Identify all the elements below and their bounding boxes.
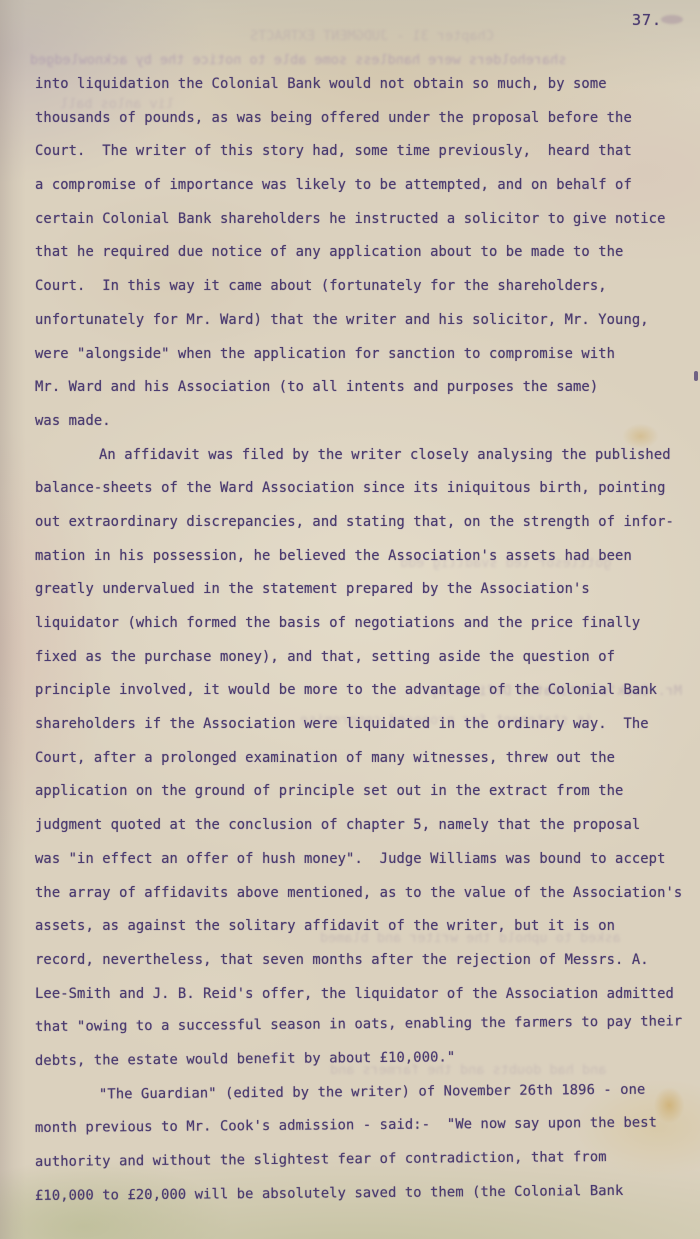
text-line: greatly undervalued in the statement pre…	[35, 573, 700, 607]
text-line: certain Colonial Bank shareholders he in…	[35, 203, 700, 237]
text-line: judgment quoted at the conclusion of cha…	[35, 809, 700, 843]
text-line: were "alongside" when the application fo…	[35, 338, 700, 372]
text-line: liquidator (which formed the basis of ne…	[35, 607, 700, 641]
bleed-through-text: shareholders were handless some able to …	[30, 52, 566, 68]
text-line: Court. The writer of this story had, som…	[35, 135, 700, 169]
text-line: unfortunately for Mr. Ward) that the wri…	[35, 304, 700, 338]
text-line: thousands of pounds, as was being offere…	[35, 102, 700, 136]
text-line: £10,000 to £20,000 will be absolutely sa…	[35, 1174, 700, 1213]
text-line: shareholders if the Association were liq…	[35, 708, 700, 742]
bleed-through-text: Chapter 31 - JUDGMENT EXTRACTS	[250, 28, 494, 44]
text-line: An affidavit was filed by the writer clo…	[35, 439, 700, 473]
text-line: Court, after a prolonged examination of …	[35, 742, 700, 776]
text-line: application on the ground of principle s…	[35, 775, 700, 809]
page-number: 37.	[632, 11, 662, 29]
text-line: out extraordinary discrepancies, and sta…	[35, 506, 700, 540]
text-line: assets, as against the solitary affidavi…	[35, 910, 700, 944]
text-line: Mr. Ward and his Association (to all int…	[35, 371, 700, 405]
page-body: into liquidation the Colonial Bank would…	[35, 68, 700, 1213]
text-line: the array of affidavits above mentioned,…	[35, 877, 700, 911]
text-line: principle involved, it would be more to …	[35, 674, 700, 708]
text-line: was "in effect an offer of hush money". …	[35, 843, 700, 877]
ink-smudge	[661, 15, 683, 24]
text-line: record, nevertheless, that seven months …	[35, 944, 700, 978]
document-page: 37. Chapter 31 - JUDGMENT EXTRACTS share…	[0, 0, 700, 1239]
ink-speck	[694, 371, 698, 381]
text-line: that he required due notice of any appli…	[35, 236, 700, 270]
text-line: a compromise of importance was likely to…	[35, 169, 700, 203]
text-line: that "owing to a successful season in oa…	[35, 1005, 700, 1044]
text-line: fixed as the purchase money), and that, …	[35, 641, 700, 675]
text-line: debts, the estate would benefit by about…	[35, 1039, 700, 1078]
text-line: mation in his possession, he believed th…	[35, 540, 700, 574]
text-line: balance-sheets of the Ward Association s…	[35, 472, 700, 506]
text-line: Court. In this way it came about (fortun…	[35, 270, 700, 304]
text-line: into liquidation the Colonial Bank would…	[35, 68, 700, 102]
text-line: authority and without the slightest fear…	[35, 1140, 700, 1179]
text-line: was made.	[35, 405, 700, 439]
